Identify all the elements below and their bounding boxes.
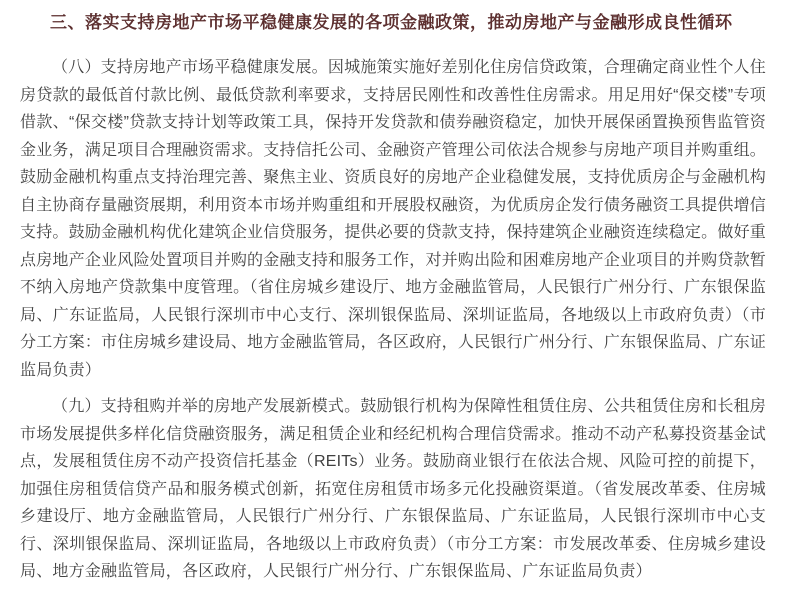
paragraph-item-9: （九）支持租购并举的房地产发展新模式。鼓励银行机构为保障性租赁住房、公共租赁住房… — [20, 393, 766, 586]
paragraph-item-8: （八）支持房地产市场平稳健康发展。因城施策实施好差别化住房信贷政策，合理确定商业… — [20, 54, 766, 384]
section-heading: 三、落实支持房地产市场平稳健康发展的各项金融政策，推动房地产与金融形成良性循环 — [20, 12, 766, 34]
policy-document: 三、落实支持房地产市场平稳健康发展的各项金融政策，推动房地产与金融形成良性循环 … — [0, 0, 785, 586]
